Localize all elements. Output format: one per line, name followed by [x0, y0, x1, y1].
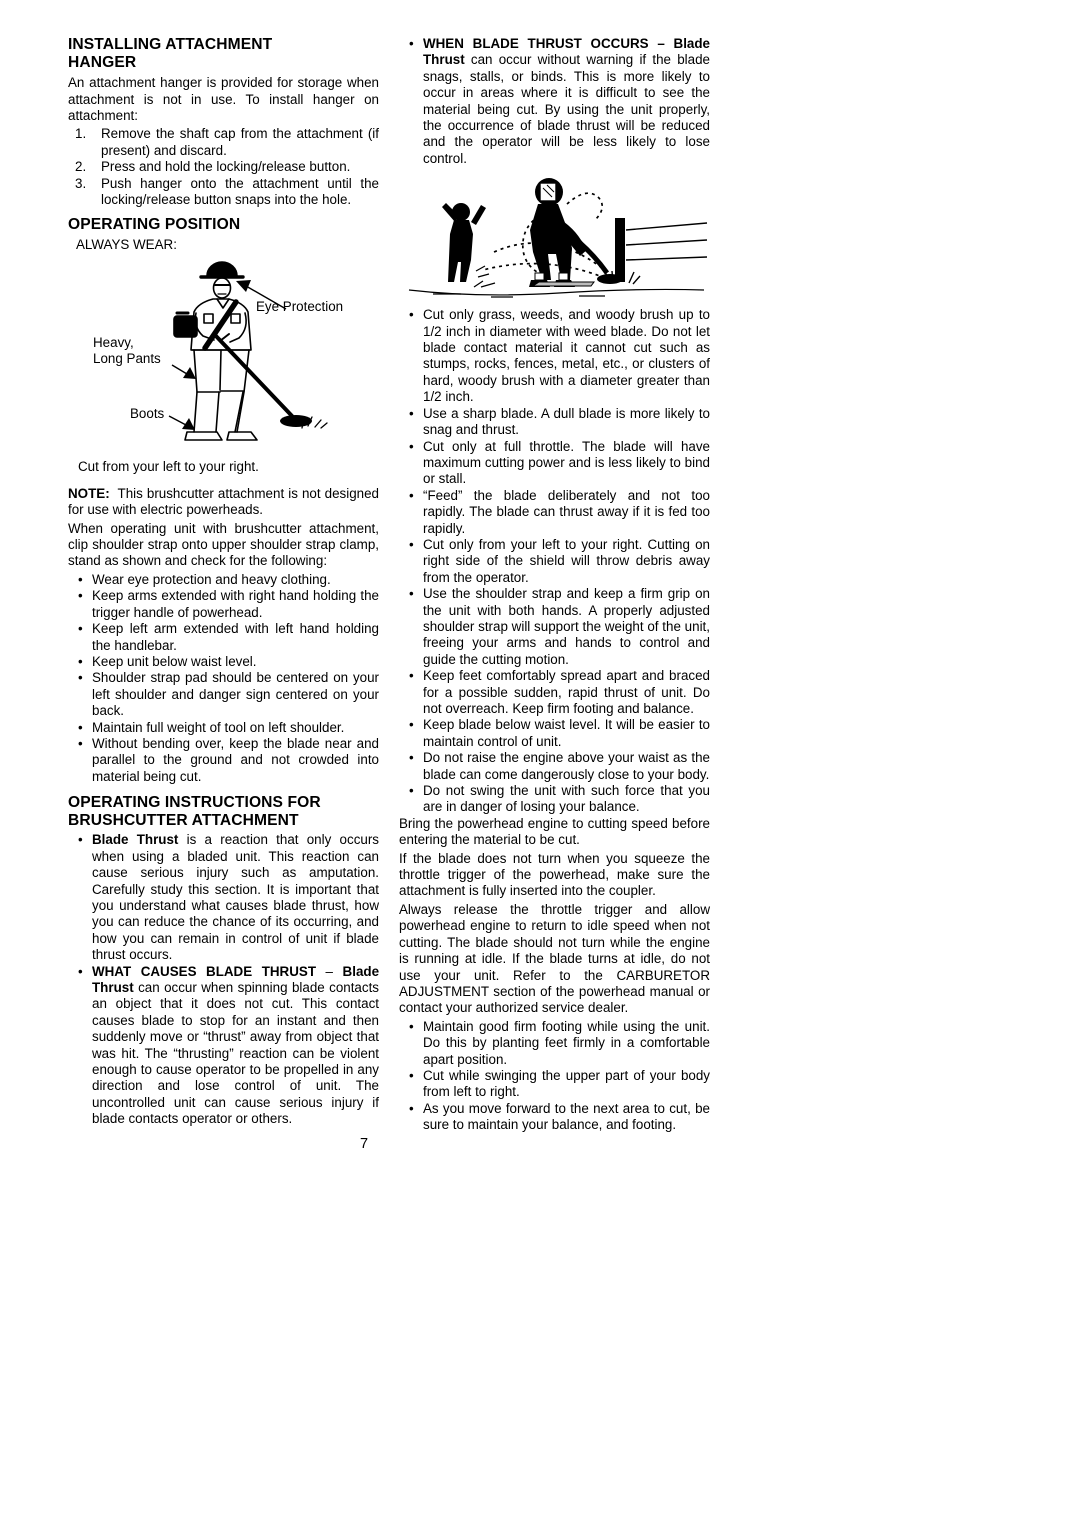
right-column: WHEN BLADE THRUST OCCURS – Blade Thrust … [399, 36, 710, 1134]
precaution-item: Cut only at full throttle. The blade wil… [399, 439, 710, 488]
blade-thrust-definition-bullet: Blade Thrust is a reaction that only occ… [68, 832, 379, 963]
operating-position-checklist: Wear eye protection and heavy clothing. … [68, 572, 379, 785]
step-item: 1. Remove the shaft cap from the attachm… [68, 126, 379, 159]
checklist-item: Without bending over, keep the blade nea… [68, 736, 379, 785]
what-causes-blade-thrust-bullet: WHAT CAUSES BLADE THRUST – Blade Thrust … [68, 964, 379, 1128]
throttle-idle-paragraph: Always release the throttle trigger and … [399, 902, 710, 1017]
precaution-item: Use a sharp blade. A dull blade is more … [399, 406, 710, 439]
precaution-item: Cut only from your left to your right. C… [399, 537, 710, 586]
precaution-item: Do not raise the engine above your waist… [399, 750, 710, 783]
precaution-item: Use the shoulder strap and keep a firm g… [399, 586, 710, 668]
tip-item: Maintain good firm footing while using t… [399, 1019, 710, 1068]
manual-page-content: INSTALLING ATTACHMENT HANGER An attachme… [68, 36, 710, 1134]
footing-tips-list: Maintain good firm footing while using t… [399, 1019, 710, 1134]
step-item: 3. Push hanger onto the attachment until… [68, 176, 379, 209]
checklist-item: Maintain full weight of tool on left sho… [68, 720, 379, 736]
numbered-step-list: 1. Remove the shaft cap from the attachm… [68, 126, 379, 208]
precaution-item: “Feed” the blade deliberately and not to… [399, 488, 710, 537]
blade-thrust-illustration [399, 170, 710, 304]
page-number: 7 [360, 1136, 368, 1152]
section-heading-installing-attachment-hanger: INSTALLING ATTACHMENT HANGER [68, 36, 379, 71]
always-wear-label: ALWAYS WEAR: [76, 237, 379, 253]
when-blade-thrust-occurs-bullet: WHEN BLADE THRUST OCCURS – Blade Thrust … [399, 36, 710, 167]
cutting-speed-paragraph: Bring the powerhead engine to cutting sp… [399, 816, 710, 849]
blade-thrust-figure [399, 170, 710, 304]
tip-item: Cut while swinging the upper part of you… [399, 1068, 710, 1101]
checklist-item: Wear eye protection and heavy clothing. [68, 572, 379, 588]
step-item: 2. Press and hold the locking/release bu… [68, 159, 379, 175]
section-heading-operating-instructions: OPERATING INSTRUCTIONS FOR BRUSHCUTTER A… [68, 794, 379, 829]
checklist-item: Shoulder strap pad should be centered on… [68, 670, 379, 719]
figure-label-eye-protection: Eye Protection [256, 299, 343, 315]
figure-label-heavy-pants-line1: Heavy, [93, 335, 134, 351]
section-heading-operating-position: OPERATING POSITION [68, 216, 379, 234]
operating-position-caption: Cut from your left to your right. [68, 459, 379, 475]
operating-position-figure: Eye Protection Heavy, Long Pants Boots [68, 255, 379, 455]
precaution-item: Do not swing the unit with such force th… [399, 783, 710, 816]
step-number: 2. [68, 159, 101, 175]
step-text: Push hanger onto the attachment until th… [101, 176, 379, 209]
step-text: Press and hold the locking/release butto… [101, 159, 379, 175]
checklist-item: Keep unit below waist level. [68, 654, 379, 670]
step-text: Remove the shaft cap from the attachment… [101, 126, 379, 159]
tip-item: As you move forward to the next area to … [399, 1101, 710, 1134]
shoulder-strap-setup-paragraph: When operating unit with brushcutter att… [68, 521, 379, 570]
checklist-item: Keep arms extended with right hand holdi… [68, 588, 379, 621]
precaution-item: Cut only grass, weeds, and woody brush u… [399, 307, 710, 405]
installing-hanger-intro: An attachment hanger is provided for sto… [68, 75, 379, 124]
precaution-item: Keep blade below waist level. It will be… [399, 717, 710, 750]
precaution-item: Keep feet comfortably spread apart and b… [399, 668, 710, 717]
note-paragraph: NOTE: This brushcutter attachment is not… [68, 486, 379, 519]
figure-label-heavy-pants-line2: Long Pants [93, 351, 161, 367]
blade-not-turning-paragraph: If the blade does not turn when you sque… [399, 851, 710, 900]
checklist-item: Keep left arm extended with left hand ho… [68, 621, 379, 654]
figure-label-boots: Boots [130, 406, 164, 422]
step-number: 3. [68, 176, 101, 209]
blade-thrust-precautions-list: Cut only grass, weeds, and woody brush u… [399, 307, 710, 816]
left-column: INSTALLING ATTACHMENT HANGER An attachme… [68, 36, 379, 1134]
step-number: 1. [68, 126, 101, 159]
